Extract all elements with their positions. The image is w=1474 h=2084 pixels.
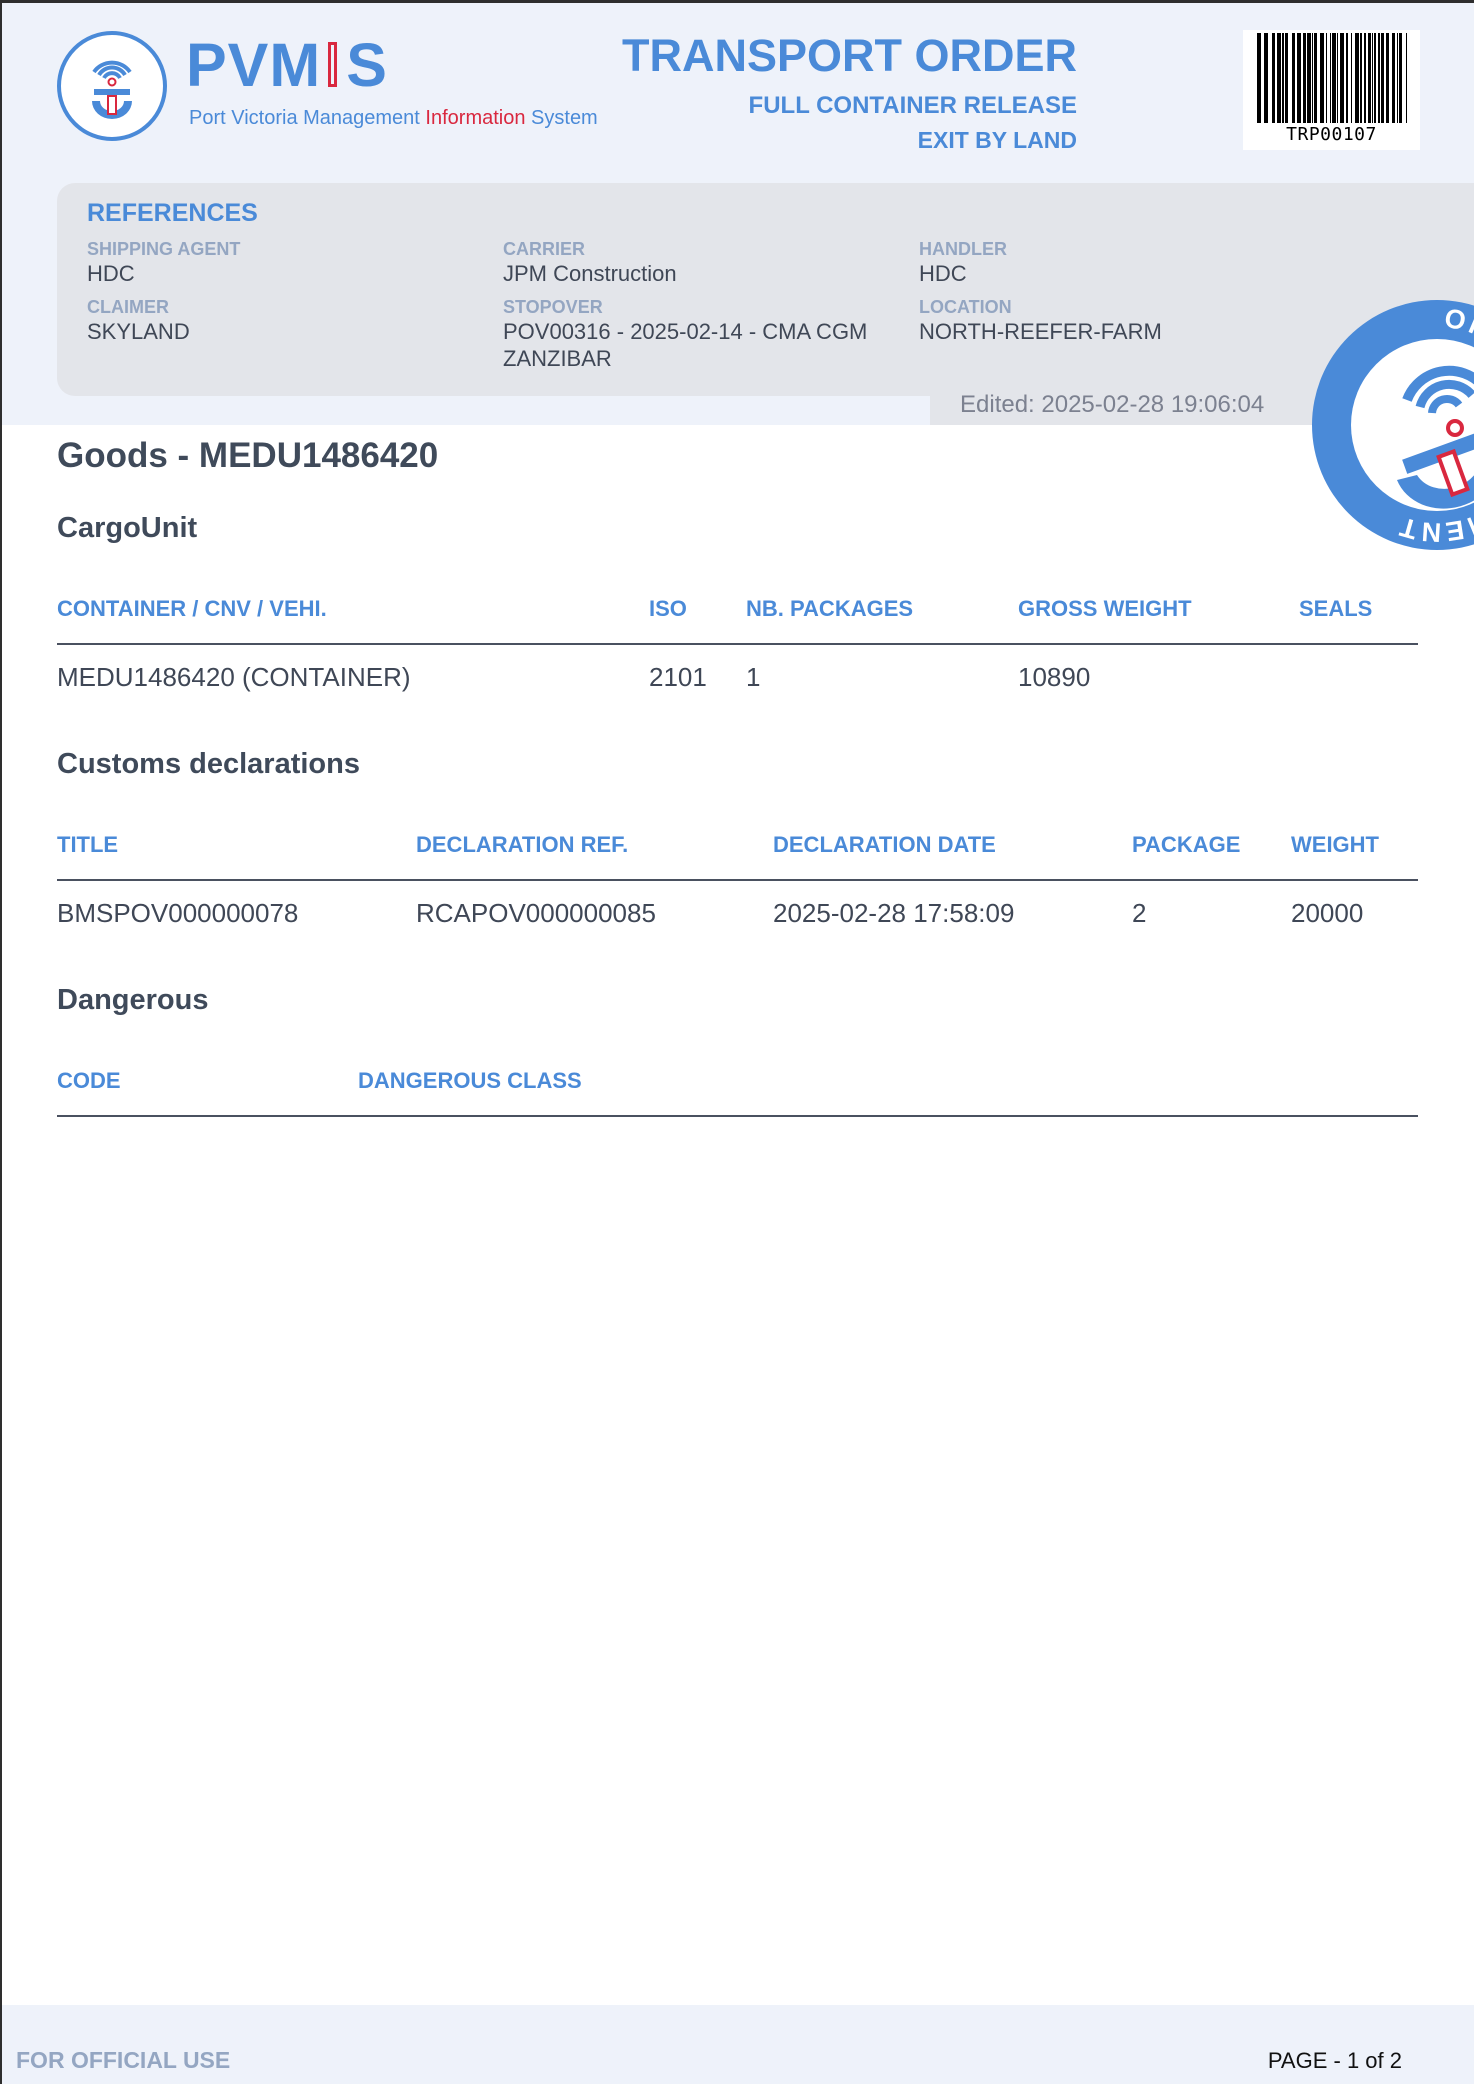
document-subtitle: FULL CONTAINER RELEASE (749, 92, 1077, 120)
brand-subtitle-part1: Port Victoria Management (189, 107, 425, 129)
col-title: TITLE (57, 832, 118, 858)
col-package: PACKAGE (1132, 832, 1240, 858)
ref-label: CLAIMER (87, 296, 487, 318)
document-title: TRANSPORT ORDER (622, 30, 1077, 82)
cell-title: BMSPOV000000078 (57, 898, 298, 929)
col-weight: WEIGHT (1291, 832, 1379, 858)
document-mode: EXIT BY LAND (918, 127, 1077, 154)
references-panel: REFERENCES SHIPPING AGENT HDC CARRIER JP… (57, 183, 1474, 396)
edited-timestamp: Edited: 2025-02-28 19:06:04 (960, 391, 1264, 419)
barcode-value: TRP00107 (1243, 124, 1420, 145)
barcode-bars-icon (1257, 33, 1407, 123)
col-dangerous-class: DANGEROUS CLASS (358, 1068, 582, 1094)
barcode: TRP00107 (1243, 30, 1420, 150)
ref-label: LOCATION (919, 296, 1319, 318)
cell-iso: 2101 (649, 662, 707, 693)
table-header-rule (57, 879, 1418, 881)
ref-handler: HANDLER HDC (919, 238, 1319, 287)
ref-stopover: STOPOVER POV00316 - 2025-02-14 - CMA CGM… (503, 296, 893, 372)
brand-name-suffix: S (346, 31, 388, 99)
brand-subtitle-part2: System (525, 107, 597, 129)
brand-subtitle-highlight: Information (425, 107, 525, 129)
page-number: PAGE - 1 of 2 (1268, 2048, 1402, 2074)
col-nb-packages: NB. PACKAGES (746, 596, 913, 622)
pvmis-logo-icon (57, 31, 167, 141)
ref-value: HDC (87, 260, 487, 287)
ref-label: HANDLER (919, 238, 1319, 260)
cell-declaration-ref: RCAPOV000000085 (416, 898, 656, 929)
brand-name: PVMS (186, 30, 388, 100)
ref-claimer: CLAIMER SKYLAND (87, 296, 487, 345)
ref-value: SKYLAND (87, 318, 487, 345)
ref-location: LOCATION NORTH-REEFER-FARM (919, 296, 1319, 345)
references-title: REFERENCES (87, 199, 258, 228)
ref-label: SHIPPING AGENT (87, 238, 487, 260)
col-container: CONTAINER / CNV / VEHI. (57, 596, 327, 622)
footer-official-use: FOR OFFICIAL USE (16, 2047, 230, 2074)
brand-name-prefix: PVM (186, 31, 321, 99)
col-declaration-date: DECLARATION DATE (773, 832, 996, 858)
cell-package: 2 (1132, 898, 1146, 929)
cargo-unit-title: CargoUnit (57, 512, 197, 545)
goods-title: Goods - MEDU1486420 (57, 436, 438, 476)
col-declaration-ref: DECLARATION REF. (416, 832, 628, 858)
dangerous-title: Dangerous (57, 984, 208, 1017)
ref-label: STOPOVER (503, 296, 893, 318)
cell-container: MEDU1486420 (CONTAINER) (57, 662, 411, 693)
ref-value: POV00316 - 2025-02-14 - CMA CGM ZANZIBAR (503, 318, 893, 372)
table-header-rule (57, 643, 1418, 645)
cell-declaration-date: 2025-02-28 17:58:09 (773, 898, 1014, 929)
col-gross-weight: GROSS WEIGHT (1018, 596, 1192, 622)
edited-timestamp-tab: Edited: 2025-02-28 19:06:04 (930, 383, 1350, 425)
ref-value: JPM Construction (503, 260, 903, 287)
ref-shipping-agent: SHIPPING AGENT HDC (87, 238, 487, 287)
table-header-rule (57, 1115, 1418, 1117)
customs-declarations-title: Customs declarations (57, 748, 360, 781)
brand-subtitle: Port Victoria Management Information Sys… (189, 107, 598, 130)
col-seals: SEALS (1299, 596, 1372, 622)
col-code: CODE (57, 1068, 121, 1094)
cell-gross-weight: 10890 (1018, 662, 1090, 693)
footer: FOR OFFICIAL USE PAGE - 1 of 2 (2, 2005, 1474, 2084)
col-iso: ISO (649, 596, 687, 622)
ref-value: HDC (919, 260, 1319, 287)
ref-value: NORTH-REEFER-FARM (919, 318, 1319, 345)
cell-nb-packages: 1 (746, 662, 760, 693)
ref-label: CARRIER (503, 238, 903, 260)
official-document-stamp-icon: OFFICIAL DOCUMENT (1307, 295, 1474, 555)
brand-i-glyph (328, 42, 337, 87)
cell-weight: 20000 (1291, 898, 1363, 929)
ref-carrier: CARRIER JPM Construction (503, 238, 903, 287)
